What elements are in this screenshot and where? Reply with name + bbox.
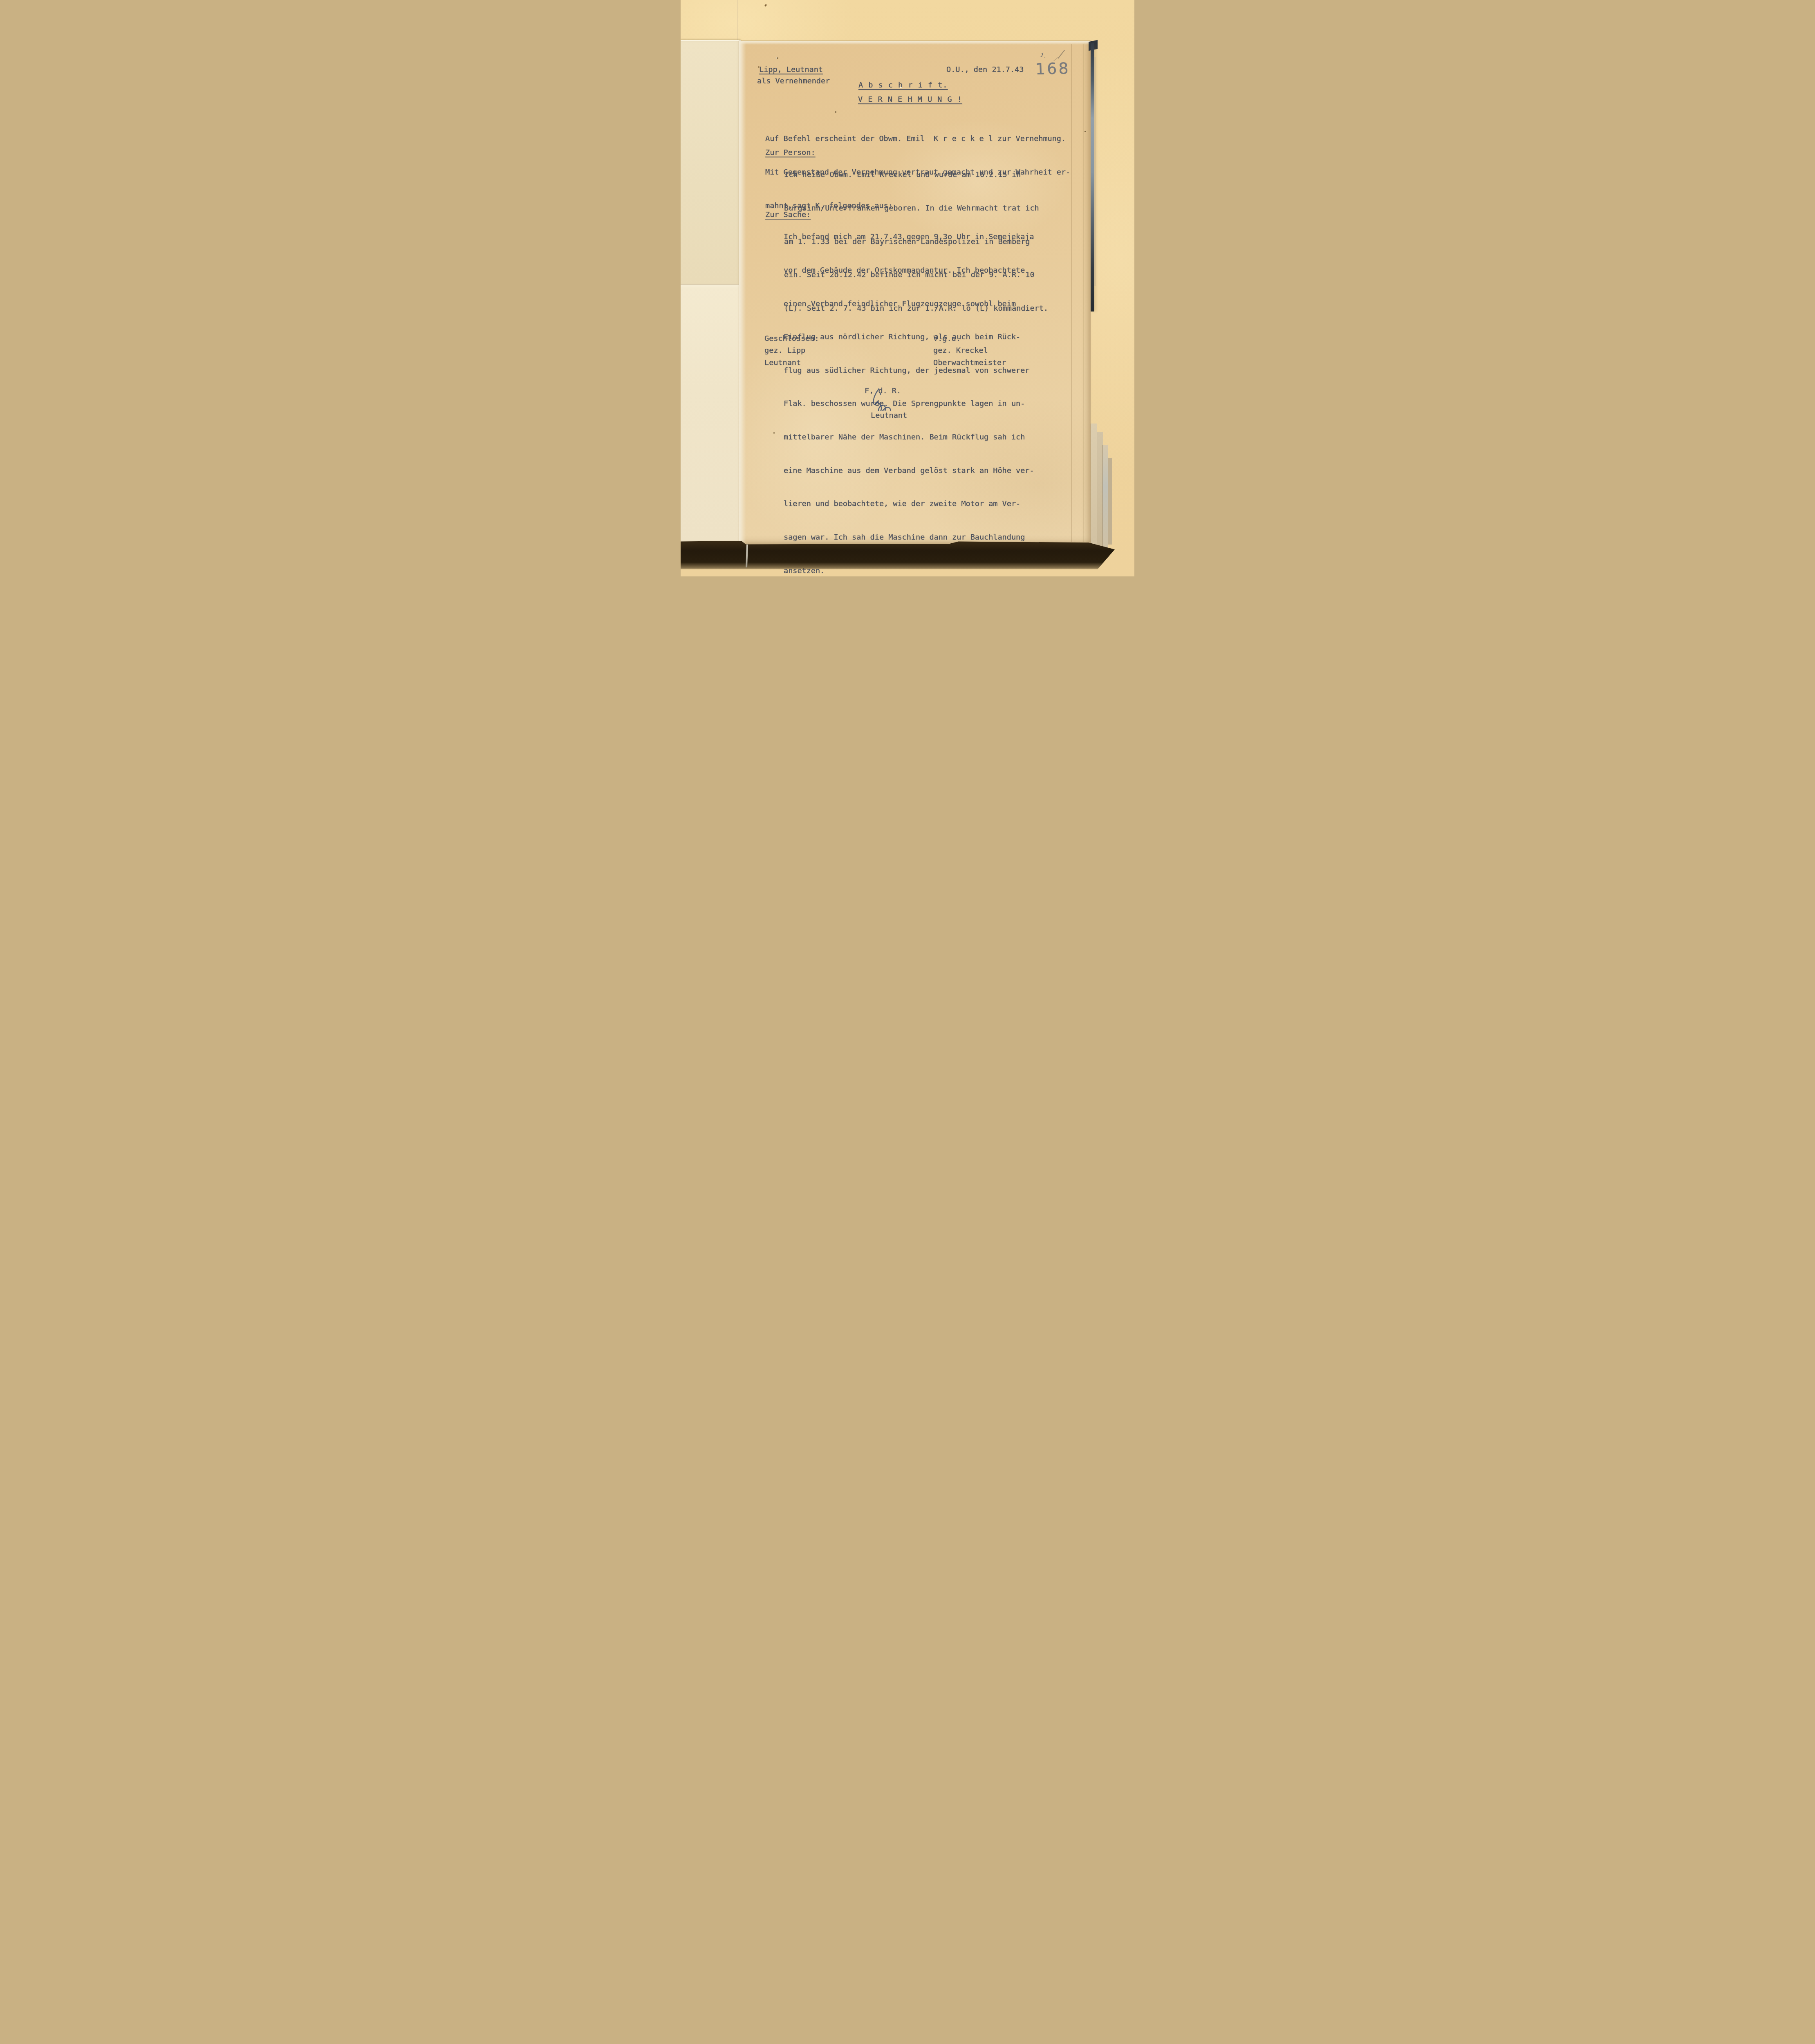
zur-sache-line: lieren und beobachtete, wie der zweite M…	[784, 498, 1034, 509]
copy-heading: A b s c h r i f t.	[858, 80, 948, 91]
closing-witness-rank: Oberwachtmeister	[933, 357, 1006, 368]
stacked-page-edge	[1108, 458, 1112, 545]
closing-signed-interrogator: gez. Lipp	[764, 345, 805, 356]
intro-line: Auf Befehl erscheint der Obwm. Emil K r …	[765, 133, 1070, 144]
paper-speck	[776, 57, 778, 59]
zur-sache-line: vor dem Gebäude der Ortskommandantur. Ic…	[784, 265, 1034, 276]
binding-edge	[1091, 43, 1094, 312]
signer-rank: Leutnant	[871, 410, 907, 421]
zur-sache-line: Ich befand mich am 21.7.43 gegen 9,3o Uh…	[784, 231, 1034, 242]
paper-speck	[900, 87, 902, 88]
closing-interrogator-rank: Leutnant	[764, 357, 801, 368]
place-date-line: O.U., den 21.7.43	[946, 64, 1024, 75]
interrogator-role: als Vernehmender	[757, 76, 830, 87]
paper-speck	[1085, 131, 1086, 132]
zur-sache-statement: Ich befand mich am 21.7.43 gegen 9,3o Uh…	[784, 209, 1034, 576]
page-curled-edge	[739, 41, 746, 545]
pen-scribble-mark	[1058, 50, 1064, 58]
vgu-abbreviation: V.g.u.	[933, 333, 961, 344]
underlying-sheet-lower	[681, 284, 742, 542]
paper-speck	[758, 66, 760, 68]
folder-seam	[737, 0, 738, 41]
zur-person-line: Ich heiße Obwm. Emil Kreckel und wurde a…	[784, 169, 1048, 180]
underlying-sheet-upper	[681, 40, 741, 285]
handwritten-annotation: 1.	[1040, 51, 1047, 59]
stacked-page-edge	[1102, 445, 1108, 548]
page-crease	[1071, 44, 1072, 542]
page-top-edge	[739, 41, 1091, 45]
page-edge-sliver	[1094, 57, 1096, 286]
zur-sache-line: einen Verband feindlicher Flugzeugzeuge …	[784, 298, 1034, 309]
stacked-page-edge	[1091, 424, 1097, 545]
document-page: Lipp, Leutnant als Vernehmender O.U., de…	[739, 41, 1091, 545]
zur-sache-line: eine Maschine aus dem Verband gelöst sta…	[784, 465, 1034, 476]
zur-sache-line: Flak. beschossen wurde. Die Sprengpunkte…	[784, 398, 1034, 409]
archival-scan: Lipp, Leutnant als Vernehmender O.U., de…	[681, 0, 1134, 576]
page-crease	[1084, 44, 1084, 542]
stacked-page-edge	[1097, 432, 1103, 548]
closing-signed-witness: gez. Kreckel	[933, 345, 988, 356]
paper-speck	[773, 432, 775, 434]
zur-sache-line: Einflug aus nördlicher Richtung, als auc…	[784, 332, 1034, 343]
interrogator-name: Lipp, Leutnant	[759, 64, 823, 75]
zur-sache-line: sagen war. Ich sah die Maschine dann zur…	[784, 532, 1034, 543]
paper-speck	[835, 111, 836, 113]
closing-label: Geschlossen:	[764, 333, 819, 344]
paper-speck	[764, 4, 767, 7]
interrogation-heading: V E R N E H M U N G !	[858, 94, 962, 105]
page-number-stamp: 168	[1035, 59, 1070, 78]
zur-sache-line: mittelbarer Nähe der Maschinen. Beim Rüc…	[784, 432, 1034, 443]
signature-lipp-ink	[867, 388, 904, 411]
